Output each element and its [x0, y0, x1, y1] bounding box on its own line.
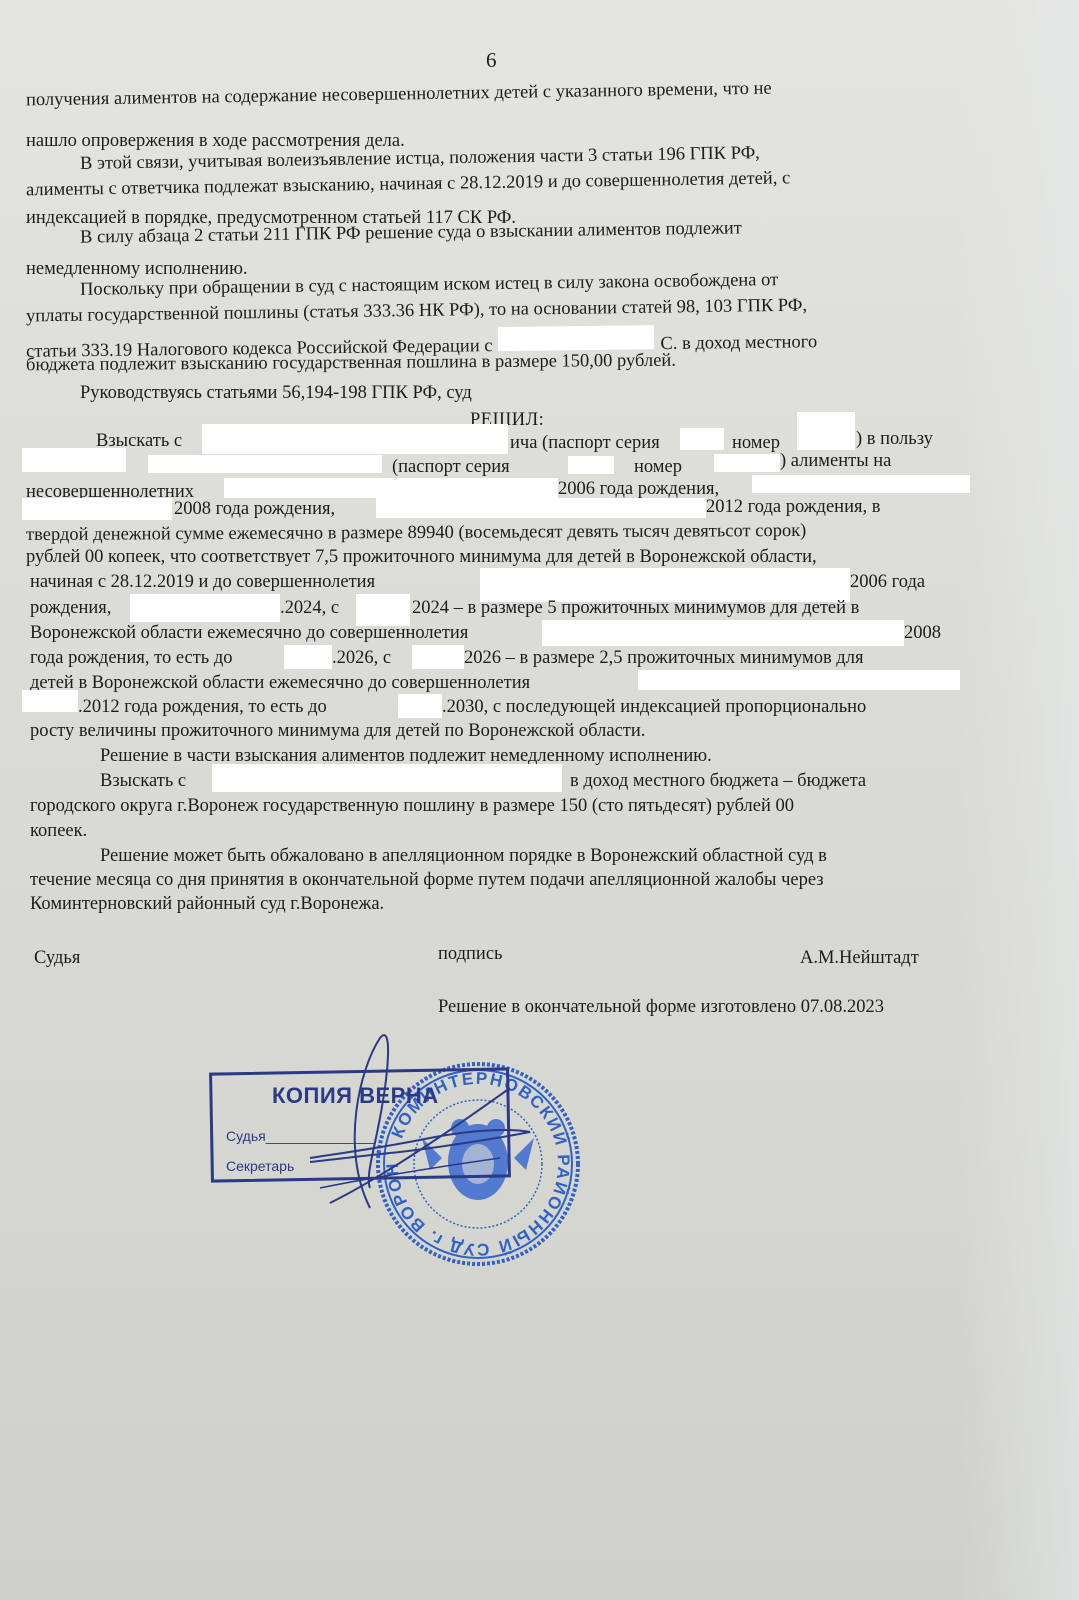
redaction — [22, 690, 78, 712]
redaction — [130, 594, 280, 622]
text-line: 2008 — [904, 622, 941, 644]
redaction — [22, 448, 126, 472]
page-number: 6 — [486, 48, 497, 73]
text-line: рождения, — [30, 597, 111, 619]
text-line: детей в Воронежской области ежемесячно д… — [30, 672, 530, 694]
text-line: начиная с 28.12.2019 и до совершеннолети… — [30, 571, 375, 593]
document-page: 6 получения алиментов на содержание несо… — [0, 0, 1079, 1600]
redaction — [542, 620, 904, 646]
handwritten-signature-icon — [280, 1028, 540, 1218]
signature-placeholder: подпись — [438, 944, 502, 965]
text-line: .2026, с — [332, 647, 391, 669]
redaction — [376, 498, 706, 518]
text-line: ) алименты на — [780, 450, 891, 472]
redaction — [398, 694, 442, 718]
text-line: в доход местного бюджета – бюджета — [570, 770, 866, 792]
redaction — [638, 670, 960, 690]
redaction — [498, 325, 654, 351]
text-line: 2006 года рождения, — [558, 478, 719, 500]
text-line: бюджета подлежит взысканию государственн… — [26, 350, 676, 377]
page-shading — [959, 0, 1079, 1600]
text-line: .2030, с последующей индексацией пропорц… — [442, 696, 866, 718]
redaction — [680, 428, 724, 450]
text-line: (паспорт серия — [392, 456, 510, 478]
redaction — [284, 645, 332, 669]
text-line: 2026 – в размере 2,5 прожиточных минимум… — [464, 647, 863, 669]
redaction — [148, 455, 382, 473]
redaction — [752, 475, 970, 493]
final-form-note: Решение в окончательной форме изготовлен… — [438, 997, 884, 1018]
text-line: Руководствуясь статьями 56,194-198 ГПК Р… — [80, 382, 472, 404]
text-line: .2024, с — [280, 597, 339, 619]
text-line: Взыскать с — [100, 770, 186, 792]
text-line: номер — [732, 432, 780, 454]
text-line: течение месяца со дня принятия в окончат… — [30, 869, 824, 891]
redaction — [714, 454, 780, 472]
text-line: росту величины прожиточного минимума для… — [30, 720, 645, 742]
text-line: ) в пользу — [856, 428, 933, 450]
redaction — [22, 498, 172, 520]
text-line: Решение может быть обжаловано в апелляци… — [100, 845, 827, 867]
text-line: городского округа г.Воронеж государствен… — [30, 795, 794, 817]
text-line: твердой денежной сумме ежемесячно в разм… — [26, 520, 806, 546]
text-line: 2012 года рождения, в — [706, 496, 880, 518]
redaction — [224, 478, 558, 498]
text-line: получения алиментов на содержание несове… — [26, 75, 960, 112]
text-line: ича (паспорт серия — [510, 432, 660, 454]
text-line: Воронежской области ежемесячно до соверш… — [30, 622, 468, 644]
text-line: .2012 года рождения, то есть до — [78, 696, 327, 718]
text-line: рублей 00 копеек, что соответствует 7,5 … — [26, 546, 817, 568]
judge-label: Судья — [34, 948, 80, 969]
redaction — [212, 764, 562, 792]
text-line: 2006 года — [850, 571, 925, 593]
text-line: года рождения, то есть до — [30, 647, 233, 669]
judge-name: А.М.Нейштадт — [800, 948, 919, 969]
redaction — [797, 412, 855, 450]
text-line: 2008 года рождения, — [174, 498, 335, 520]
redaction — [202, 424, 508, 454]
redaction — [568, 456, 614, 474]
text-line: Коминтерновский районный суд г.Воронежа. — [30, 893, 384, 915]
text-line: копеек. — [30, 820, 87, 842]
text-line: номер — [634, 456, 682, 478]
text-line: 2024 – в размере 5 прожиточных минимумов… — [412, 597, 859, 619]
redaction — [412, 645, 464, 669]
